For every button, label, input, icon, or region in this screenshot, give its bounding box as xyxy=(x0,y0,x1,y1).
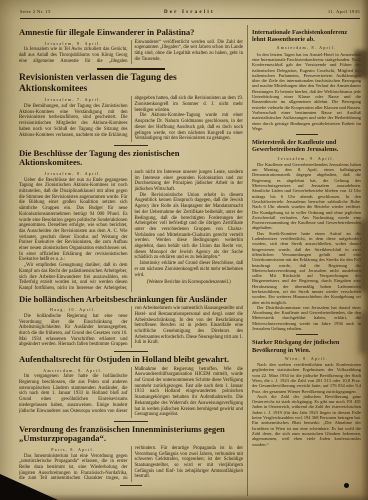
article-separator xyxy=(120,485,142,486)
article-paragraph: Die Kaufleute und Gewerbetreibenden Jeru… xyxy=(252,162,361,231)
article-separator xyxy=(296,134,318,135)
article-paragraph: Die Revisionistische Union erhebt in die… xyxy=(135,193,244,261)
article-separator xyxy=(114,421,148,422)
article-body: Wien, 8. April. Nach den soeben veröffen… xyxy=(252,356,361,447)
article-paragraph: In den letzten Tagen hat im Amstel-Hotel… xyxy=(252,52,361,131)
article-headline: Amnestie für illegale Einwanderer in Pal… xyxy=(19,28,243,38)
article-paragraph: Das Streik-Komitee hatte einen Aufruf an… xyxy=(252,231,361,305)
right-column: Internationale Faschistenkonferenz lehnt… xyxy=(252,25,361,496)
article-paragraph: Ueber die Beschlüsse der nun zu Ende geg… xyxy=(19,178,128,264)
article-dateline: Paris, 8. April. xyxy=(19,447,128,453)
article-headline: Verordnung des französischen Innenminist… xyxy=(19,425,243,444)
article-dateline: Jerusalem, 8. April. xyxy=(19,41,128,47)
article-dateline: Jerusalem, 8. April. xyxy=(19,171,128,177)
article-headline: Starker Rückgang der jüdischen Bevölkeru… xyxy=(252,339,361,353)
article-hollaendische-beschraenkungen: Die holländischen Arbeitsbeschränkungen … xyxy=(19,295,243,352)
article-paragraph: Der Distriktskommissar von Jerusalem hat… xyxy=(252,305,361,331)
article-paragraph: Nach den soeben veröffentlichten nach Ko… xyxy=(252,362,361,394)
masthead-title: Der Israelit xyxy=(164,10,215,15)
article-headline: Internationale Faschistenkonferenz lehnt… xyxy=(252,29,361,43)
article-paragraph: Auch die Zahl der jüdischen Bevölkerung … xyxy=(252,394,361,447)
article-body: Amsterdam, 8. April. In den letzten Tage… xyxy=(252,45,361,131)
article-headline: Die holländischen Arbeitsbeschränkungen … xyxy=(19,295,243,305)
newspaper-page: Seite 2 Nr. 15 Der Israelit 11. April 19… xyxy=(0,0,368,500)
article-rueckgang-wien: Starker Rückgang der jüdischen Bevölkeru… xyxy=(252,339,361,446)
article-separator xyxy=(114,351,148,352)
article-paragraph: Jabotinsky erklärte auf Grund dieser Bes… xyxy=(135,261,244,278)
article-note: (Weitere Berichte im Korrespondenzenteil… xyxy=(135,280,244,286)
page-header: Seite 2 Nr. 15 Der Israelit 11. April 19… xyxy=(20,9,360,19)
article-body: Haag, 10. April. Die holländische Regier… xyxy=(19,306,243,348)
article-revisionisten: Revisionisten verlassen die Tagung des A… xyxy=(19,73,243,146)
issue-date: 11. April 1935 xyxy=(328,9,360,14)
article-body: Jerusalem, 8. April. In Jerusalem wie in… xyxy=(19,40,243,65)
article-paragraph: Im vergangenen Jahre hatte die holländis… xyxy=(19,367,243,418)
article-separator xyxy=(97,68,165,70)
article-aufenthaltsrecht: Aufenthaltsrecht für Ostjuden in Holland… xyxy=(19,355,243,422)
scan-stain xyxy=(355,50,368,78)
article-faschistenkonferenz: Internationale Faschistenkonferenz lehnt… xyxy=(252,29,361,135)
article-headline: Mieterstreik der Kaufleute und Gewerbetr… xyxy=(252,139,361,153)
article-headline: Aufenthaltsrecht für Ostjuden in Holland… xyxy=(19,355,243,365)
article-body: Jerusalem, 8. April. Ueber die Beschlüss… xyxy=(19,170,243,292)
article-dateline: Jerusalem, 9. April. xyxy=(252,156,361,161)
article-headline: Revisionisten verlassen die Tagung des A… xyxy=(19,73,243,94)
article-body: Jerusalem, 7. April. Die Bemühungen, auf… xyxy=(19,96,243,142)
article-headline: Die Beschlüsse der Tagung des zionistisc… xyxy=(19,149,243,168)
column-divider xyxy=(247,25,248,496)
article-dateline: Wien, 8. April. xyxy=(252,356,361,361)
article-mieterstreik: Mieterstreik der Kaufleute und Gewerbetr… xyxy=(252,139,361,335)
scan-stain xyxy=(359,312,367,354)
article-body: Jerusalem, 9. April. Die Kaufleute und G… xyxy=(252,156,361,332)
article-body: Amsterdam, 8. April. Im vergangenen Jahr… xyxy=(19,367,243,418)
article-beschluesse: Die Beschlüsse der Tagung des zionistisc… xyxy=(19,149,243,292)
article-separator xyxy=(296,334,318,335)
scan-corner-tear xyxy=(0,474,58,500)
article-separator xyxy=(114,145,148,146)
article-dateline: Amsterdam, 8. April. xyxy=(19,368,128,374)
page-number-label: Seite 2 Nr. 15 xyxy=(20,9,51,14)
scan-stain xyxy=(358,220,368,292)
page-content: Amnestie für illegale Einwanderer in Pal… xyxy=(19,25,361,496)
article-dateline: Haag, 10. April. xyxy=(19,307,128,313)
article-amnestie: Amnestie für illegale Einwanderer in Pal… xyxy=(19,28,243,70)
article-paragraph: Die Aktions-Komitee-Tagung wurde mit ein… xyxy=(135,113,244,142)
article-dateline: Amsterdam, 8. April. xyxy=(252,45,361,50)
article-dateline: Jerusalem, 7. April. xyxy=(19,97,128,103)
ink-spot xyxy=(344,483,349,488)
left-section: Amnestie für illegale Einwanderer in Pal… xyxy=(19,25,243,496)
